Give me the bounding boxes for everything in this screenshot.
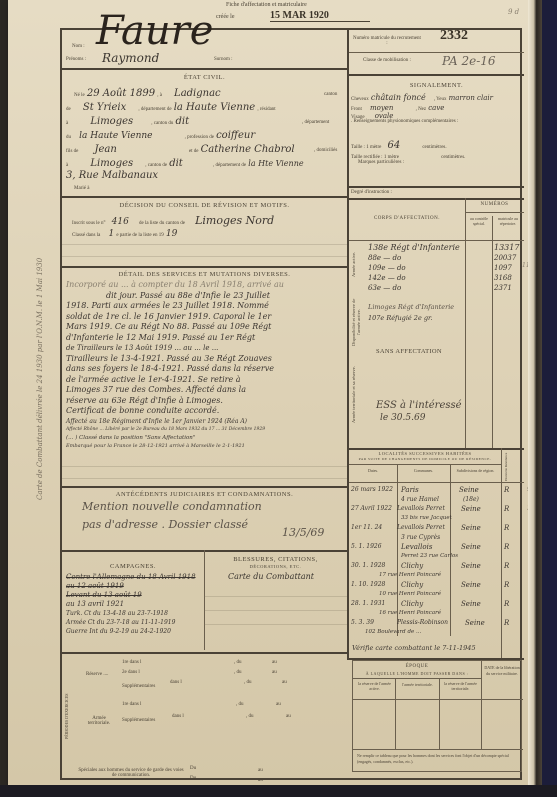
yeux-value: marron clair xyxy=(449,94,493,102)
domicile-city: Limoges xyxy=(90,158,133,169)
classe-value: PA 2e-16 xyxy=(442,54,496,68)
marie-label: Marié à xyxy=(74,186,89,191)
side-armee-active: Armée active. xyxy=(351,244,356,284)
cheveux-value: châtain foncé xyxy=(371,93,426,102)
localite-row: 17 rue Henri Poincaré xyxy=(351,572,531,582)
antecedents-line-2: pas d'adresse . Dossier classé xyxy=(82,518,248,531)
profession: coiffeur xyxy=(216,130,255,141)
side-territoriale: Armée territoriale et sa réserve. xyxy=(351,360,356,430)
col-communes: Communes. xyxy=(397,468,450,473)
domicile-department: la Hte Vienne xyxy=(248,159,303,168)
side-disponibilite: Disponibilité et réserve de l'armée acti… xyxy=(351,292,361,352)
birth-place: Ladignac xyxy=(174,88,221,99)
birth-date: 29 Août 1899 xyxy=(87,88,155,99)
etat-civil-title: ÉTAT CIVIL. xyxy=(62,74,347,81)
localite-row: 16 rue Henri Poincaré xyxy=(351,610,531,620)
document-page: Fiche d'affectation et matriculaire créé… xyxy=(8,0,528,785)
prenoms-value: Raymond xyxy=(102,51,159,65)
localite-row: 5. 3. 39Plessis-RobinsonSeineR xyxy=(351,619,531,629)
blessures-title: BLESSURES, CITATIONS, xyxy=(204,556,347,563)
blessures-subtitle: DÉCORATIONS, ETC. xyxy=(204,564,347,569)
residence-canton: dit xyxy=(175,116,189,127)
corner-note: 9 d xyxy=(508,8,519,16)
taille-rectifiee-line: Taille rectifiée : 1 mètre centimètres. xyxy=(351,150,465,160)
epoque-col-territoriale: l'armée territoriale. xyxy=(396,682,439,687)
residence-city: Limoges xyxy=(90,116,133,127)
localite-row: 26 mars 1922ParisSeineR9e xyxy=(351,486,531,496)
campagnes-lines: Contre l'Allemagne du 18 Avril 1918 au 1… xyxy=(66,573,204,636)
created-date-stamp: 15 MAR 1920 xyxy=(270,10,370,22)
sans-affectation: SANS AFFECTATION xyxy=(376,348,442,355)
epoque-col-liberation: DATE de la libération du service militai… xyxy=(482,665,522,677)
birth-line: Né le 29 Août 1899 , à Ladignac xyxy=(74,88,221,99)
cheveux-line: Cheveux châtain foncé , Yeux marron clai… xyxy=(351,92,493,102)
localite-row: 33 bis rue Jacquet xyxy=(351,515,531,525)
matricule-entries: 13317 20037 1097 3168 2371 xyxy=(494,242,524,293)
localites-subtitle: PAR SUITE DE CHANGEMENTS DE DOMICILE OU … xyxy=(349,457,501,461)
birth-department: la Haute Vienne xyxy=(174,102,256,113)
col-controle: au contrôle spécial. xyxy=(466,216,492,226)
localite-row: 1er 11. 24Levallois PerretSeineR xyxy=(351,524,531,534)
nom-value: Faure xyxy=(96,8,213,54)
decision-title: DÉCISION DU CONSEIL DE RÉVISION ET MOTIF… xyxy=(62,202,347,209)
speciales-label: Spéciales aux hommes du service de garde… xyxy=(76,768,186,778)
instruction-label: Degré d'instruction : xyxy=(351,190,392,195)
domicile-canton: dit xyxy=(169,158,183,169)
father-name: Jean xyxy=(94,144,116,155)
col-subdivisions: Subdivisions de région. xyxy=(450,468,501,473)
created-label: créée le xyxy=(216,14,234,20)
column-divider xyxy=(347,30,349,660)
antecedents-title: ANTÉCÉDENTS JUDICIAIRES ET CONDAMNATIONS… xyxy=(62,491,347,498)
classe-line: Classé dans la 1 e partie de la liste en… xyxy=(72,228,177,239)
epoque-col-reserve: la réserve de l'armée active. xyxy=(354,681,395,691)
prenoms-label: Prénoms : xyxy=(66,57,86,62)
epoque-subtitle: À LAQUELLE L'HOMME DOIT PASSER DANS : xyxy=(353,671,481,676)
epoque-footnote: Ne remplir ce tableau que pour les homme… xyxy=(357,753,519,764)
epoque-table: ÉPOQUE À LAQUELLE L'HOMME DOIT PASSER DA… xyxy=(352,660,522,772)
localites-footer-note: Vérifie carte combattant le 7-11-1945 xyxy=(352,644,476,652)
blessures-value: Carte du Combattant xyxy=(228,572,314,581)
signalement-title: SIGNALEMENT. xyxy=(349,82,524,89)
localites-title: LOCALITÉS SUCCESSIVES HABITÉES xyxy=(349,451,501,456)
numero-value: 2332 xyxy=(440,28,468,44)
epoque-title: ÉPOQUE xyxy=(353,664,481,669)
classe-partie: 1 xyxy=(108,229,114,239)
col-domicile: Domicile Résidence xyxy=(504,452,508,482)
localite-row: 102 Boulevard de ... xyxy=(351,629,531,639)
localite-row: 10 rue Henri Poincaré xyxy=(351,591,531,601)
localite-row: 4 rue Hamel(18e) xyxy=(351,496,531,506)
services-lines: Incorporé au ... à compter du 18 Avril 1… xyxy=(66,280,346,450)
inscrit-number: 416 xyxy=(112,217,129,227)
reserve-label: Réserve .... xyxy=(86,672,108,677)
localite-row: 30. 1. 1928ClichySeineR xyxy=(351,562,531,572)
fiche-label: Fiche d'affectation et matriculaire xyxy=(226,2,307,8)
nom-label: Nom : xyxy=(72,44,85,49)
profession-line: du la Haute Vienne , profession de coiff… xyxy=(66,130,255,141)
localite-row: 28. 1. 1931ClichySeineR xyxy=(351,600,531,610)
col-matricule: matricule au répertoire. xyxy=(493,216,523,226)
localites-rows: 26 mars 1922ParisSeineR9e 4 rue Hamel(18… xyxy=(351,486,531,638)
binding-spine xyxy=(528,0,542,797)
form-frame: Nom : Faure Prénoms : Raymond Surnom : É… xyxy=(60,28,522,780)
territoriale-label: Armée territoriale. xyxy=(84,716,114,726)
localite-row: Perret 23 rue Carlos xyxy=(351,553,531,563)
affectation-title: CORPS D'AFFECTATION. xyxy=(349,216,465,221)
localite-row: 27 Avril 1922Levallois PerretSeineR3/0 xyxy=(351,505,531,515)
inscrit-line: Inscrit sous le n° 416 de la liste du ca… xyxy=(72,214,274,227)
scan-right-edge xyxy=(542,0,557,797)
residence-line: à Limoges , canton du dit xyxy=(66,116,189,127)
epoque-col-reserve-territoriale: la réserve de l'armée territoriale. xyxy=(440,681,481,691)
scan-bottom-edge xyxy=(0,785,557,797)
antecedents-date: 13/5/69 xyxy=(282,526,324,539)
decision-canton: Limoges Nord xyxy=(195,214,274,227)
left-margin-note: Carte de Combattant délivrée le 24 1930 … xyxy=(36,180,44,500)
localite-row: 1. 10. 1928ClichySeineR xyxy=(351,581,531,591)
antecedents-line-1: Mention nouvelle condamnation xyxy=(82,500,262,513)
renseignements-label: . Renseignements physionomiques compléme… xyxy=(351,118,521,126)
scan-left-edge xyxy=(0,0,8,797)
parents-line: fils de Jean et de Catherine Chabrol xyxy=(66,144,295,155)
nez-value: cave xyxy=(428,104,444,112)
birth-canton: St Yrieix xyxy=(83,102,126,113)
surnom-label: Surnom : xyxy=(214,57,232,62)
residence-department: la Haute Vienne xyxy=(79,131,152,141)
campagnes-title: CAMPAGNES. xyxy=(62,563,204,570)
domicile-line: à Limoges , canton de dit , département … xyxy=(66,158,304,169)
periodes-side-label: PÉRIODES D'EXERCICES xyxy=(64,666,69,766)
col-dates: Dates. xyxy=(349,468,397,473)
ess-note: ESS à l'intéressé xyxy=(376,400,462,411)
numero-label: Numéro matricule du recrutement : xyxy=(352,36,422,46)
localite-row: 5. 1. 1926LevalloisSeineR xyxy=(351,543,531,553)
marques-label: Marques particulières : xyxy=(358,160,404,165)
ess-date: le 30.5.69 xyxy=(380,413,425,423)
localite-row: 3 rue Cyprès xyxy=(351,534,531,544)
domicile-address: 3, Rue Malbanaux xyxy=(66,170,158,181)
services-title: DÉTAIL DES SERVICES ET MUTATIONS DIVERSE… xyxy=(62,271,347,278)
birth-canton-line: de St Yrieix , département de la Haute V… xyxy=(66,102,276,113)
classe-label: Classe de mobilisation : xyxy=(352,58,422,63)
mother-name: Catherine Chabrol xyxy=(201,144,295,155)
numeros-title: NUMÉROS xyxy=(465,202,524,207)
affectation-entries: 138e Régt d'Infanterie 88e — do 109e — d… xyxy=(368,242,464,323)
